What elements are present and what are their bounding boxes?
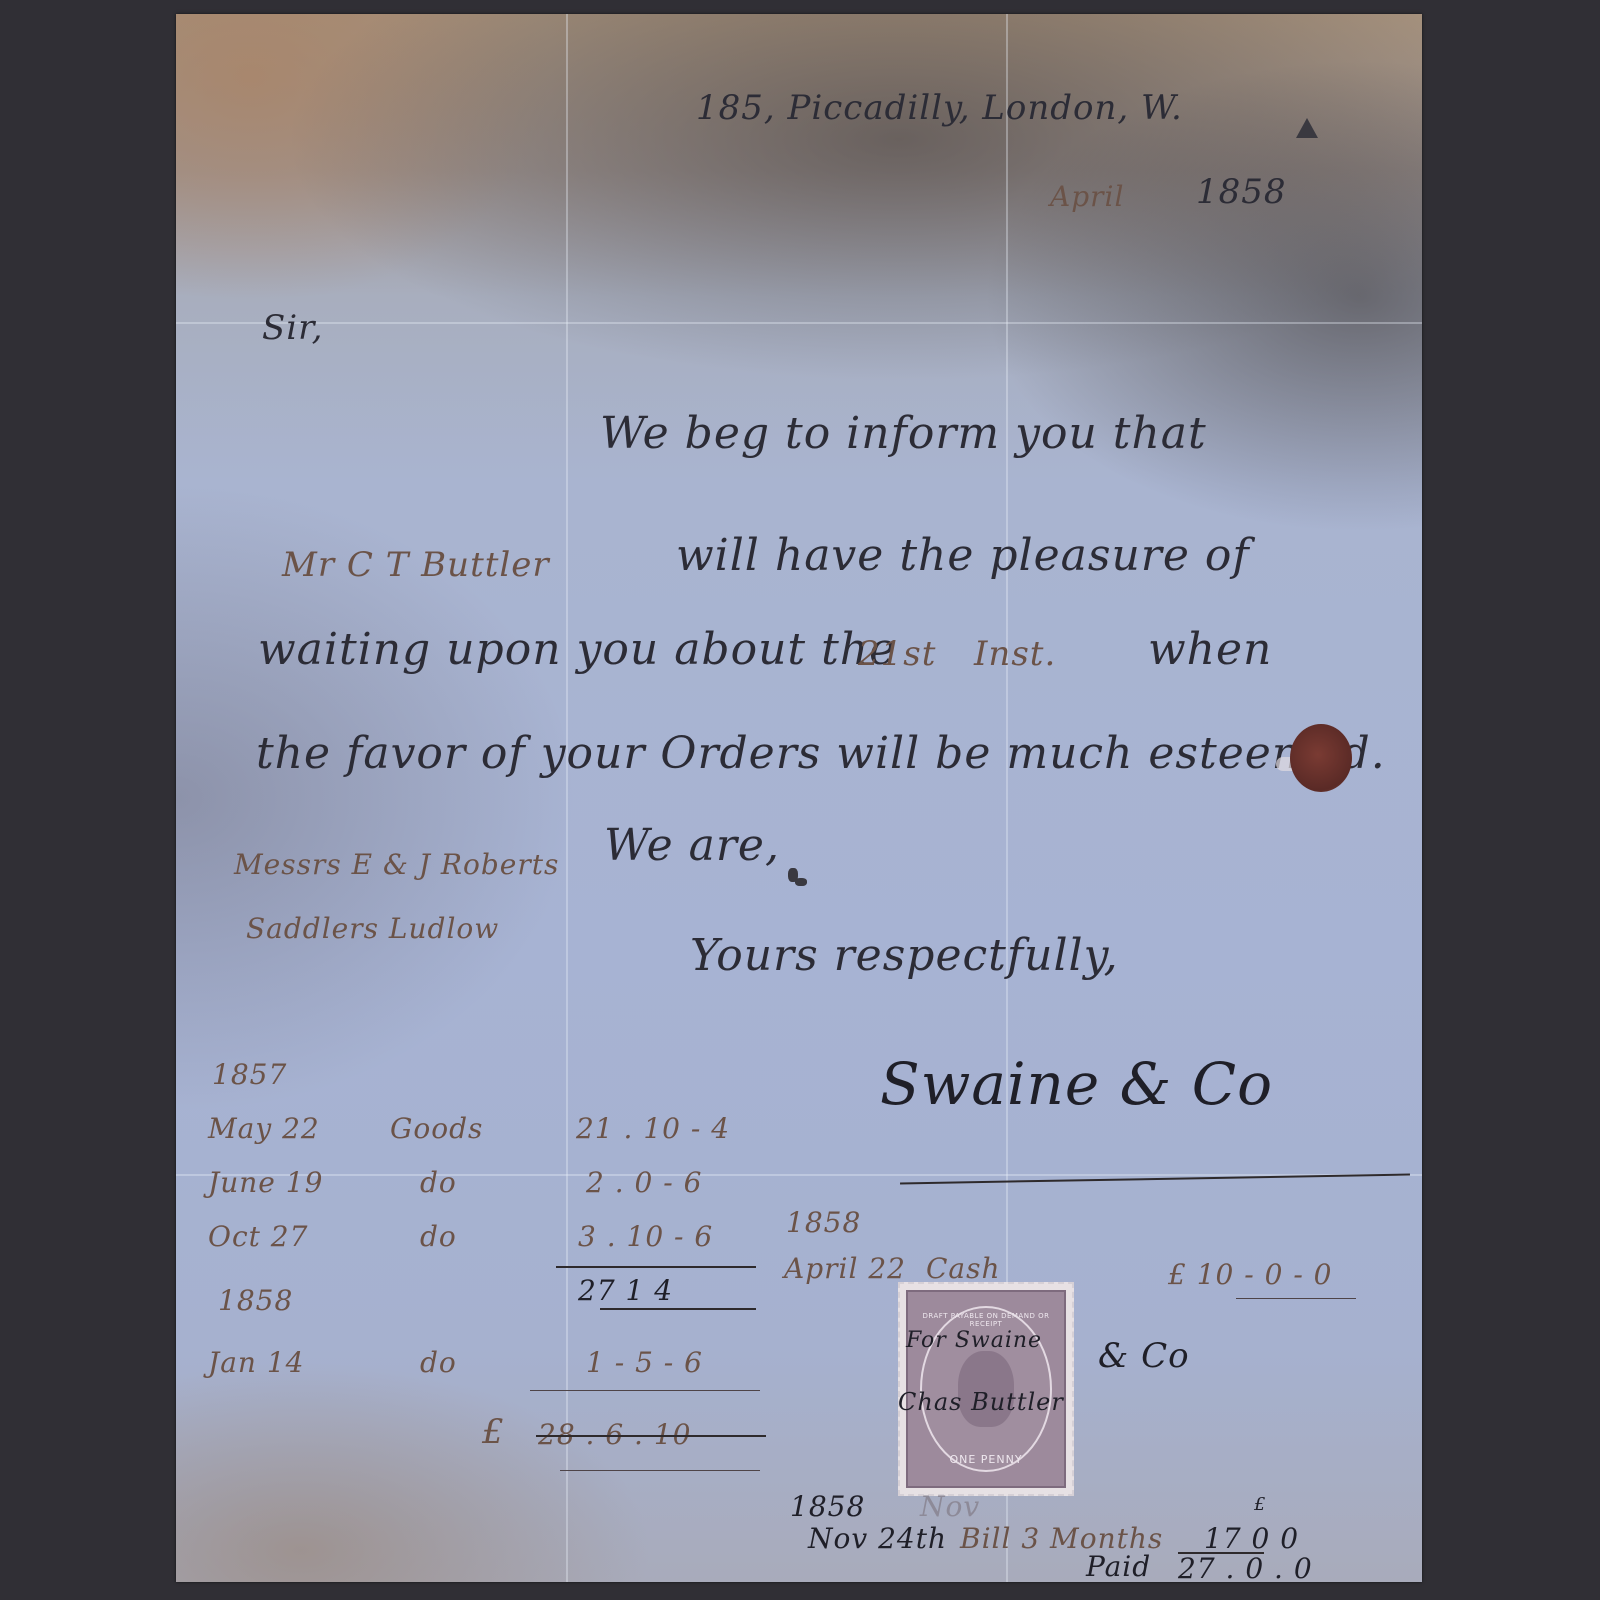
bill-year: 1858 [790,1490,865,1523]
stamp-text-top: DRAFT PAYABLE ON DEMAND OR RECEIPT [908,1312,1064,1328]
ledger-year-1858: 1858 [218,1284,293,1317]
ledger-subtotal: 27 1 4 [578,1274,673,1307]
ledger-amount: 2 . 0 - 6 [586,1166,702,1199]
letterhead-address: 185, Piccadilly, London, W. [696,88,1183,128]
payment-rule [1236,1298,1356,1299]
ledger-total-strikethrough [536,1435,766,1437]
ledger-rule [530,1390,760,1391]
stamp-value: ONE PENNY [908,1453,1064,1466]
ledger-amount: 21 . 10 - 4 [576,1112,730,1145]
body-line-5: the favor of your Orders will be much es… [256,728,1386,779]
ledger-amount: 3 . 10 - 6 [578,1220,713,1253]
bill-pencil-note: Nov [920,1490,980,1523]
ledger-date: May 22 [208,1112,320,1145]
ledger-item: do [420,1346,457,1379]
ledger-amount: 1 - 5 - 6 [586,1346,703,1379]
letter-paper [176,14,1422,1582]
signature: Swaine & Co [880,1050,1273,1118]
bill-amount: 17 0 0 [1204,1522,1299,1555]
ledger-currency: £ [482,1412,505,1452]
ledger-year-1857: 1857 [212,1058,287,1091]
bill-paid-label: Paid [1086,1550,1151,1583]
paper-hole [795,878,807,886]
wax-seal [1290,724,1352,792]
bill-date: Nov 24th [808,1522,947,1555]
visit-inst: Inst. [974,634,1056,674]
representative-name: Mr C T Buttler [282,545,550,585]
ledger-rule [560,1470,760,1471]
body-line-2: will have the pleasure of [676,530,1250,581]
ledger-rule [556,1266,756,1268]
visit-day: 21st [858,634,936,674]
body-line-4: when [1148,624,1272,675]
ledger-item: do [420,1166,457,1199]
fold-line [176,322,1422,324]
closing-yours: Yours respectfully, [690,930,1119,981]
bill-currency: £ [1254,1494,1266,1515]
letterhead-month: April [1050,180,1124,213]
bill-paid-total: 27 . 0 . 0 [1178,1552,1313,1585]
ledger-rule [600,1308,756,1310]
body-line-1: We beg to inform you that [600,408,1207,459]
addressee-line-2: Saddlers Ludlow [246,912,499,945]
ledger-item: do [420,1220,457,1253]
payment-amount: £ 10 - 0 - 0 [1168,1258,1333,1291]
fold-line [566,14,568,1582]
ledger-date: Jan 14 [208,1346,304,1379]
ledger-date: Oct 27 [208,1220,308,1253]
payment-year: 1858 [786,1206,861,1239]
closing-we-are: We are, [604,820,780,871]
payment-date: April 22 [784,1252,906,1285]
ledger-date: June 19 [208,1166,323,1199]
body-line-3: waiting upon you about the [258,624,896,675]
letterhead-year: 1858 [1196,172,1287,212]
receipt-line-1: For Swaine [906,1328,1042,1353]
payment-method: Cash [926,1252,1001,1285]
receipt-signature: Chas Buttler [898,1388,1064,1416]
receipt-line-2: & Co [1098,1336,1190,1376]
addressee-line-1: Messrs E & J Roberts [234,848,559,881]
ledger-item: Goods [390,1112,483,1145]
salutation: Sir, [262,308,324,348]
